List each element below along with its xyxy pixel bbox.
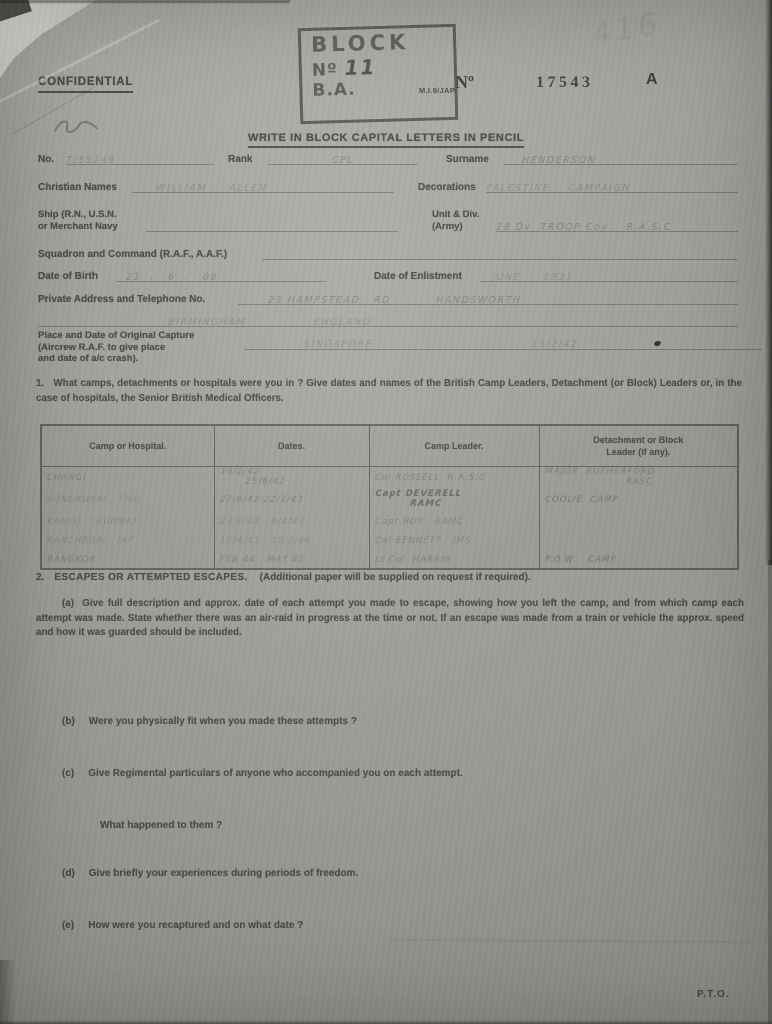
- handwriting-dates: 27/6/42-22/1/43: [219, 495, 303, 505]
- table-row: KANYU (BURMA) 23/1/43 - 8/4/43 Capt HOY …: [41, 511, 738, 530]
- handwriting-address1: 23 HAMPSTEAD RD HANDSWORTH: [268, 295, 522, 306]
- instruction-heading: WRITE IN BLOCK CAPITAL LETTERS IN PENCIL: [0, 128, 772, 146]
- cell-leader: Capt DEVERELL RAMC: [369, 489, 539, 511]
- scan-edge: [0, 960, 16, 1024]
- cell-dates: 16/2/42 25/6/42: [214, 467, 369, 490]
- scan-edge: [0, 1020, 772, 1024]
- scan-edge: [0, 0, 290, 3]
- block-number-stamp: BLOCK Nº 11 B.A.: [298, 24, 459, 124]
- field-no: T/55149: [66, 150, 214, 165]
- cell-block-leader: MAJOR RUTHERFORD RASC: [539, 467, 738, 490]
- field-capture: SINGAPORE 15/2/42: [244, 334, 762, 350]
- handwriting-decorations: PALESTINE CAMPAIGN: [486, 183, 632, 194]
- handwriting-camp: KANYU (BURMA): [47, 517, 138, 527]
- instruction-text: WRITE IN BLOCK CAPITAL LETTERS IN PENCIL: [248, 132, 524, 148]
- cell-dates: 27/6/42-22/1/43: [214, 489, 369, 511]
- question-1: 1. What camps, detachments or hospitals …: [36, 377, 742, 406]
- question-2a-number: (a): [62, 598, 74, 609]
- handwriting-dates: FEB 44 - MAY 45: [219, 555, 305, 565]
- stamp-block-number: 11: [344, 55, 377, 80]
- pencil-streak-mark: [390, 939, 750, 944]
- field-label-dob: Date of Birth: [38, 271, 116, 282]
- handwriting-leader: Col BENNETT IMS: [374, 536, 471, 546]
- unit-label-line1: Unit & Div.: [432, 209, 496, 221]
- col-header-block-leader: Detachment or Block Leader (if any).: [539, 425, 738, 467]
- field-surname: HENDERSON: [504, 150, 738, 165]
- table-row: SONGKURAI THAI 27/6/42-22/1/43 Capt DEVE…: [41, 489, 738, 511]
- question-2d-text: Give briefly your experiences during per…: [89, 868, 359, 879]
- cell-camp: SONGKURAI THAI: [41, 489, 214, 511]
- cell-leader: Col ROSSELL R.A.S.C: [369, 467, 539, 490]
- field-label-enlistment: Date of Enlistment: [374, 271, 480, 282]
- handwriting-leader: Capt HOY RAMC: [374, 517, 464, 527]
- handwriting-no: T/55149: [66, 155, 117, 166]
- question-2e-number: (e): [62, 920, 74, 931]
- form-reference: M.I.9/JAP/: [419, 86, 457, 95]
- field-christian-names: WILLIAM ALLEN: [132, 178, 394, 193]
- question-2c-followup: What happened to them ?: [100, 820, 222, 831]
- pencil-scribble-mark: [52, 116, 100, 138]
- handwriting-surname: HENDERSON: [522, 155, 597, 166]
- cell-leader: Capt HOY RAMC: [369, 511, 539, 530]
- cell-camp: CHANGI: [41, 467, 214, 490]
- capture-label-line1: Place and Date of Original Capture: [38, 330, 244, 342]
- section-2-note: (Additional paper will be supplied on re…: [260, 572, 531, 583]
- section-2-heading: 2.ESCAPES OR ATTEMPTED ESCAPES.(Addition…: [36, 572, 744, 583]
- handwriting-dates: 16/2/42 25/6/42: [219, 467, 286, 487]
- question-2d-number: (d): [62, 868, 75, 879]
- handwriting-leader: Capt DEVERELL RAMC: [374, 489, 462, 509]
- field-address-line1: 23 HAMPSTEAD RD HANDSWORTH: [238, 290, 738, 305]
- question-2a-text: Give full description and approx. date o…: [36, 598, 744, 638]
- table-row: BANGKOK FEB 44 - MAY 45 Lt Col HARRIS P.…: [41, 549, 738, 569]
- field-label-christian-names: Christian Names: [38, 182, 132, 193]
- col-header-dates: Dates.: [214, 425, 369, 467]
- handwriting-address2: BIRMINGHAM ENGLAND: [168, 317, 372, 328]
- cell-leader: Lt Col HARRIS: [369, 549, 539, 569]
- handwriting-leader: Col ROSSELL R.A.S.C: [374, 473, 486, 483]
- capture-label-line2: (Aircrew R.A.F. to give place: [38, 342, 244, 354]
- question-2b-text: Were you physically fit when you made th…: [89, 716, 357, 727]
- handwriting-camp: BANGKOK: [47, 555, 97, 565]
- handwriting-christian-names: WILLIAM ALLEN: [156, 183, 268, 194]
- table-row: KANCHBURI JAP 10/4/43 - 10/2/44 Col BENN…: [41, 530, 738, 549]
- handwriting-dob: 21 . 6 . 08: [126, 272, 219, 283]
- field-label-capture: Place and Date of Original Capture (Airc…: [38, 330, 244, 365]
- cell-camp: KANYU (BURMA): [41, 511, 214, 530]
- handwriting-unit: 18 Dv TROOP Coy R.A.S.C: [496, 222, 673, 233]
- series-letter: A: [646, 71, 658, 89]
- cell-camp: KANCHBURI JAP: [41, 530, 214, 549]
- question-1-text: What camps, detachments or hospitals wer…: [36, 378, 742, 404]
- question-2e: (e)How were you recaptured and on what d…: [62, 920, 303, 931]
- handwriting-camp: SONGKURAI THAI: [47, 495, 143, 505]
- question-2e-text: How were you recaptured and on what date…: [88, 920, 303, 931]
- field-label-unit: Unit & Div. (Army): [432, 209, 496, 232]
- cell-block-leader: [539, 530, 738, 549]
- field-label-squadron: Squadron and Command (R.A.F., A.A.F.): [38, 249, 262, 260]
- field-label-surname: Surname: [446, 154, 504, 165]
- cell-block-leader: P.O.W. CAMP: [539, 549, 738, 569]
- field-squadron: [262, 245, 738, 260]
- question-2d: (d)Give briefly your experiences during …: [62, 868, 358, 879]
- question-1-number: 1.: [36, 378, 44, 389]
- col-header-camp: Camp or Hospital.: [41, 425, 214, 467]
- handwriting-camp: KANCHBURI JAP: [47, 536, 135, 546]
- question-2c: (c)Give Regimental particulars of anyone…: [62, 768, 463, 779]
- handwriting-dates: 10/4/43 - 10/2/44: [219, 536, 311, 546]
- section-2-title: ESCAPES OR ATTEMPTED ESCAPES.: [54, 572, 247, 583]
- handwriting-camp: CHANGI: [47, 473, 87, 483]
- question-2c-text: Give Regimental particulars of anyone wh…: [88, 768, 463, 779]
- stamp-line1: BLOCK: [311, 29, 444, 57]
- cell-dates: 10/4/43 - 10/2/44: [214, 530, 369, 549]
- handwriting-block-leader: MAJOR RUTHERFORD RASC: [544, 467, 655, 487]
- field-enlistment: JUNE 1931: [480, 267, 738, 282]
- serial-no-label: Nº: [455, 72, 474, 93]
- handwriting-rank: CPL: [331, 155, 354, 166]
- handwriting-dates: 23/1/43 - 8/4/43: [219, 517, 304, 527]
- camps-table: Camp or Hospital. Dates. Camp Leader. De…: [40, 424, 739, 570]
- col-header-leader: Camp Leader.: [369, 425, 539, 467]
- cell-block-leader: COOLIE CAMP: [539, 489, 738, 511]
- field-unit: 18 Dv TROOP Coy R.A.S.C: [496, 217, 738, 232]
- field-address-line2: BIRMINGHAM ENGLAND: [38, 312, 738, 327]
- question-2c-number: (c): [62, 768, 74, 779]
- stamp-no-label: Nº: [312, 60, 338, 81]
- ship-label-line1: Ship (R.N., U.S.N.: [38, 209, 146, 221]
- question-2c-followup-text: What happened to them ?: [100, 820, 222, 831]
- field-decorations: PALESTINE CAMPAIGN: [486, 178, 738, 193]
- handwriting-block-leader: COOLIE CAMP: [544, 495, 618, 505]
- ship-label-line2: or Merchant Navy: [38, 221, 146, 233]
- field-dob: 21 . 6 . 08: [116, 267, 326, 282]
- field-label-no: No.: [38, 154, 66, 165]
- field-rank: CPL: [268, 150, 418, 165]
- serial-number: 17543: [536, 74, 594, 92]
- field-label-ship: Ship (R.N., U.S.N. or Merchant Navy: [38, 209, 146, 232]
- field-label-decorations: Decorations: [418, 182, 486, 193]
- cell-dates: FEB 44 - MAY 45: [214, 549, 369, 569]
- question-2b-number: (b): [62, 716, 75, 727]
- scan-edge: [768, 560, 772, 1024]
- pencil-note: 416: [589, 6, 663, 52]
- cell-leader: Col BENNETT IMS: [369, 530, 539, 549]
- camps-table-container: Camp or Hospital. Dates. Camp Leader. De…: [40, 424, 739, 570]
- cell-camp: BANGKOK: [41, 549, 214, 569]
- unit-label-line2: (Army): [432, 221, 496, 233]
- field-ship: [146, 217, 398, 232]
- cell-block-leader: [539, 511, 738, 530]
- page-turn-over-label: P.T.O.: [697, 989, 730, 1000]
- field-label-address: Private Address and Telephone No.: [38, 294, 238, 305]
- handwriting-block-leader: P.O.W. CAMP: [544, 555, 616, 565]
- handwriting-enlistment: JUNE 1931: [492, 272, 575, 283]
- scanned-pow-questionnaire-page: CONFIDENTIAL BLOCK Nº 11 B.A. M.I.9/JAP/…: [0, 0, 772, 1024]
- section-2-number: 2.: [36, 572, 44, 583]
- scan-edge: [765, 0, 772, 565]
- table-row: CHANGI 16/2/42 25/6/42 Col ROSSELL R.A.S…: [41, 467, 738, 490]
- camps-table-header-row: Camp or Hospital. Dates. Camp Leader. De…: [41, 425, 738, 467]
- capture-label-line3: and date of a/c crash).: [38, 353, 244, 365]
- question-2a: (a) Give full description and approx. da…: [36, 597, 744, 641]
- question-2b: (b)Were you physically fit when you made…: [62, 716, 357, 727]
- handwriting-capture: SINGAPORE 15/2/42: [304, 339, 579, 350]
- field-label-rank: Rank: [228, 154, 268, 165]
- cell-dates: 23/1/43 - 8/4/43: [214, 511, 369, 530]
- handwriting-leader: Lt Col HARRIS: [374, 555, 450, 565]
